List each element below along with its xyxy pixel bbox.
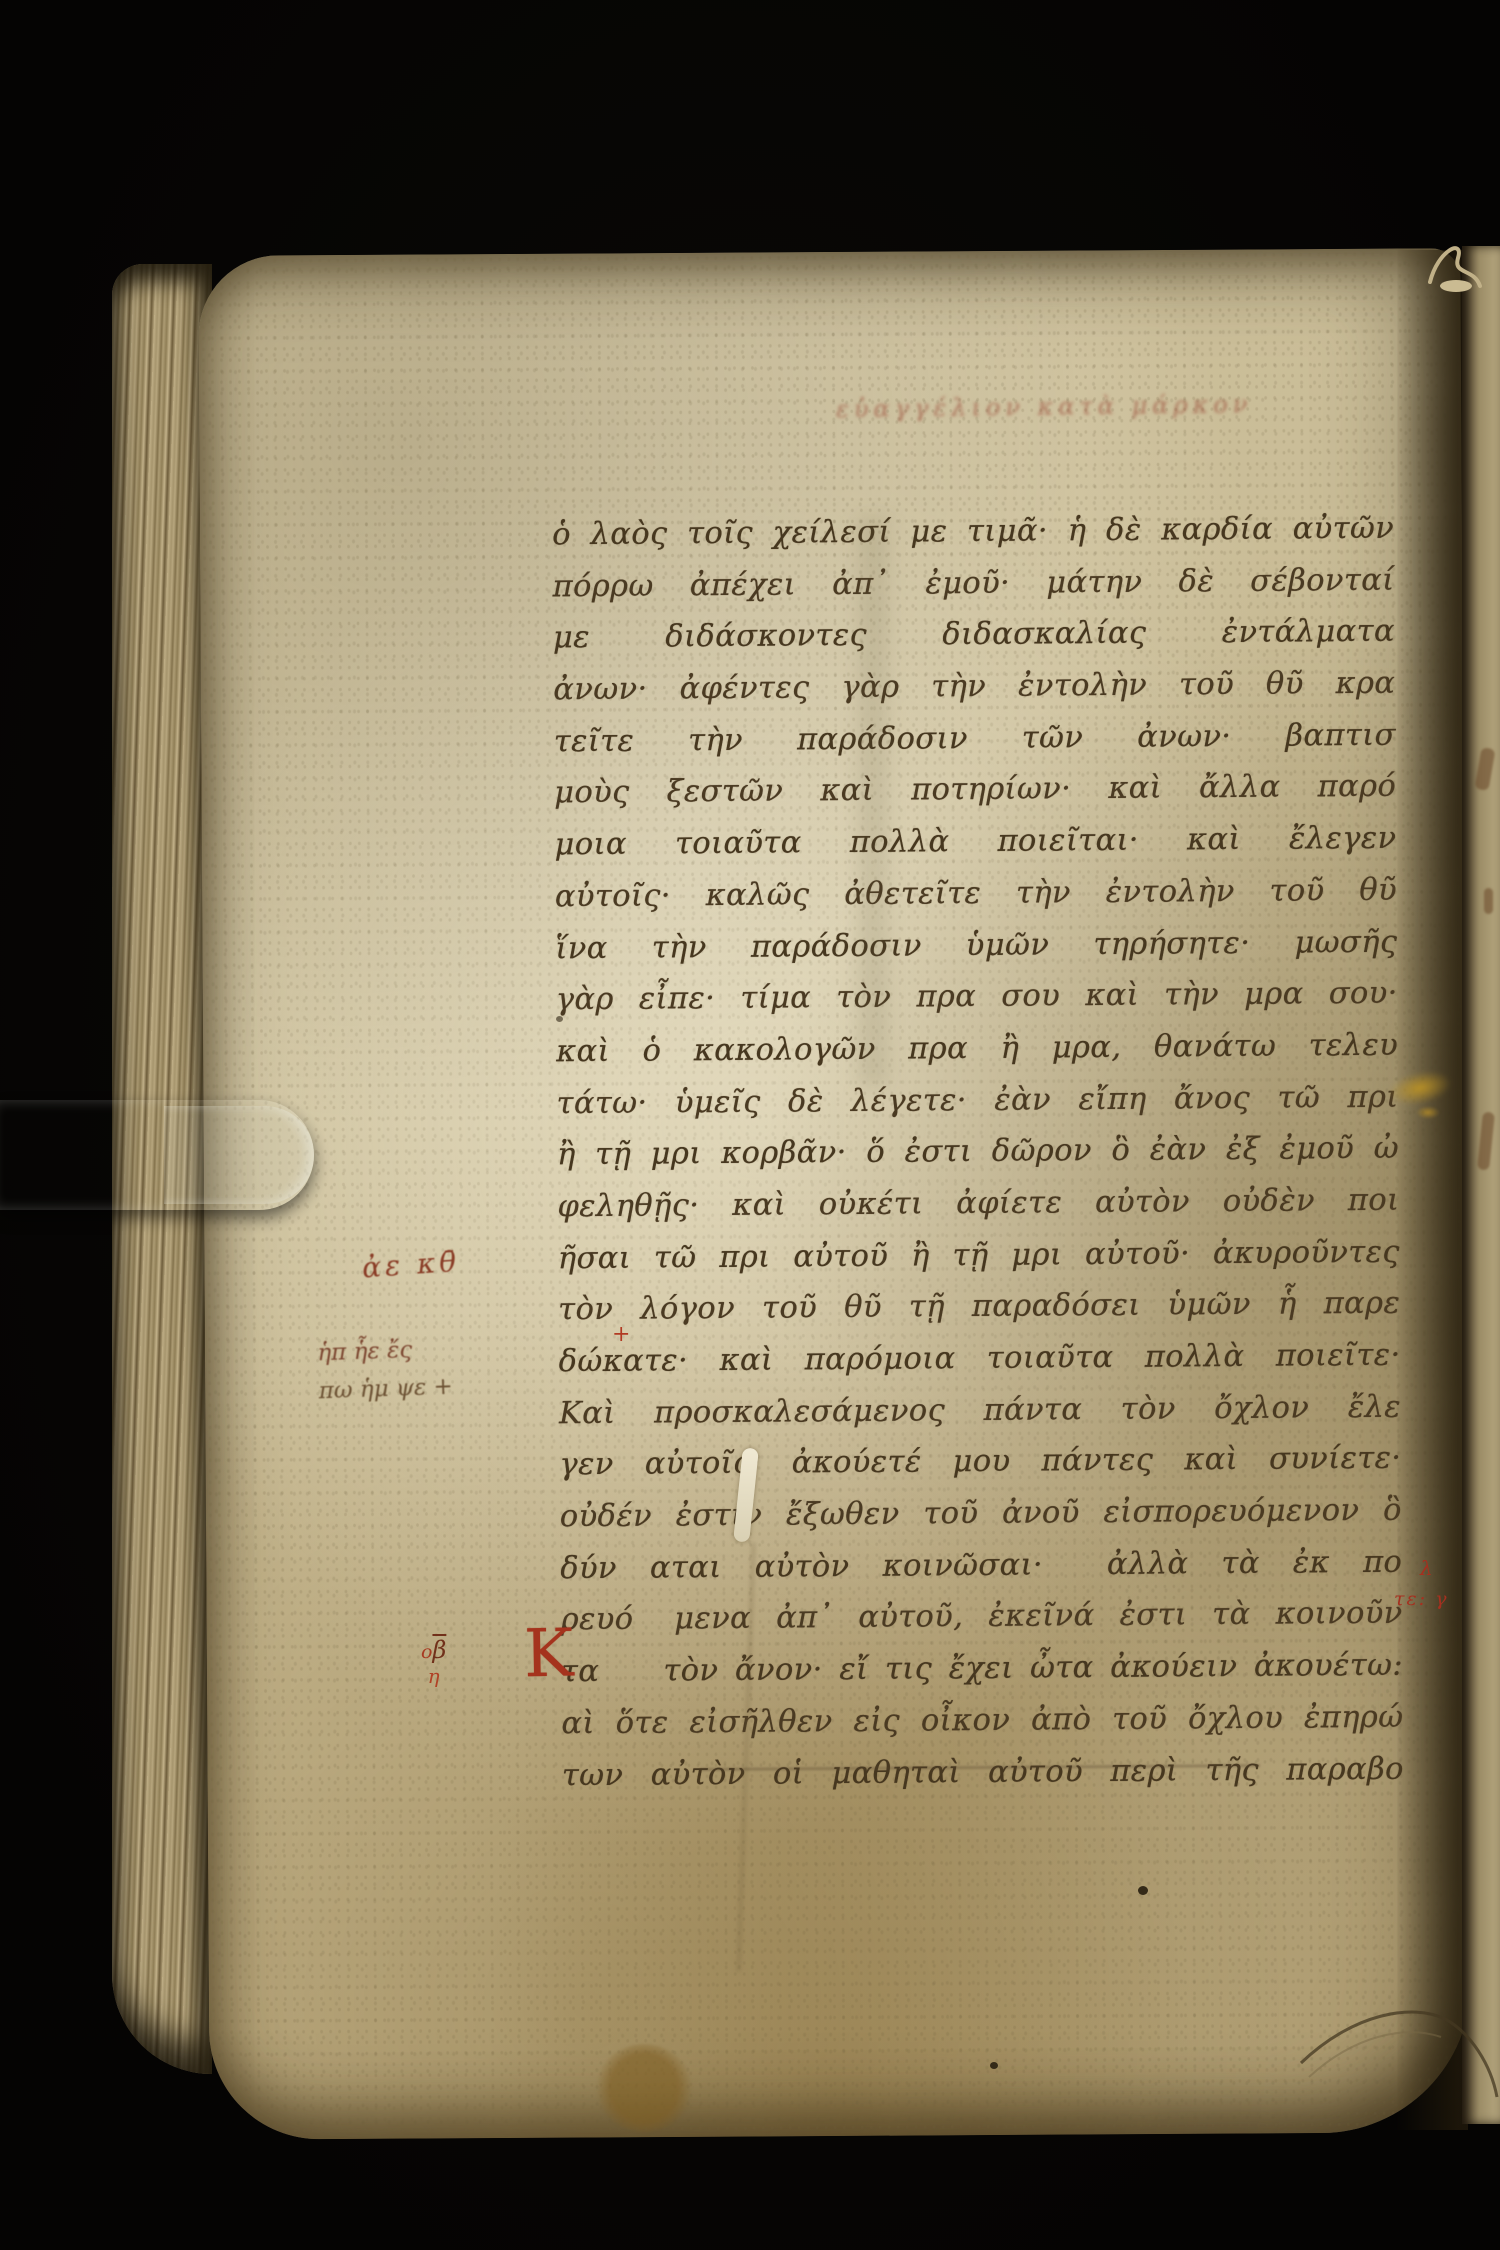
eusebian-canon-number: η xyxy=(421,1664,446,1688)
text-line: ὁ λαὸς τοῖς χείλεσί με τιμᾶ· ἡ δὲ καρδία… xyxy=(552,503,1394,561)
dark-speck xyxy=(990,2062,998,2069)
section-number-top: οβ xyxy=(421,1638,446,1664)
text-line: των αὐτὸν οἱ μαθηταὶ αὐτοῦ περὶ τῆς παρα… xyxy=(562,1743,1404,1801)
text-line: γεν αὐτοῖς· ἀκούετέ μου πάντες καὶ συνίε… xyxy=(559,1433,1401,1491)
margin-note-lower-line2: πω ἡμ ψε + xyxy=(318,1368,453,1411)
margin-note-lower-line1: ἡπ ἧε ἔς xyxy=(317,1330,452,1373)
text-line: τὸν λόγον τοῦ θῦ τῇ παραδόσει ὑμῶν ἧ παρ… xyxy=(558,1278,1400,1336)
text-line: ἢ τῇ μρι κορβᾶν· ὅ ἐστι δῶρον ὃ ἐὰν ἐξ ἐ… xyxy=(557,1123,1399,1181)
lection-end-mark: τε: γ xyxy=(1394,1588,1449,1610)
glass-rod-upper xyxy=(0,1100,314,1210)
text-line: δύν αται αὐτὸν κοινῶσαι· ἀλλὰ τὰ ἐκ πο xyxy=(560,1536,1402,1594)
text-line: φεληθῇς· καὶ οὐκέτι ἀφίετε αὐτὸν οὐδὲν π… xyxy=(557,1175,1399,1233)
margin-note-upper: ἀε κθ̄ xyxy=(361,1245,461,1285)
text-line: τεῖτε τὴν παράδοσιν τῶν ἀνων· βαπτισ xyxy=(554,709,1396,767)
text-line: μοια τοιαῦτα πολλὰ ποιεῖται· καὶ ἔλεγεν xyxy=(554,813,1396,871)
text-line: γὰρ εἶπε· τίμα τὸν πρα σου καὶ τὴν μρα σ… xyxy=(556,968,1398,1026)
margin-note-lower: ἡπ ἧε ἔς πω ἡμ ψε + xyxy=(317,1330,454,1411)
lection-start-cross: + xyxy=(612,1322,630,1347)
text-line: τάτω· ὑμεῖς δὲ λέγετε· ἐὰν εἴπη ἄνος τῶ … xyxy=(556,1071,1398,1129)
bookmark-thread xyxy=(1418,230,1490,294)
text-line: ρευό μενα ἀπ᾽ αὐτοῦ, ἐκεῖνά ἐστι τὰ κοιν… xyxy=(560,1588,1402,1646)
text-line: μοὺς ξεστῶν καὶ ποτηρίων· καὶ ἄλλα παρό xyxy=(554,761,1396,819)
dark-speck xyxy=(1138,1886,1148,1895)
brown-stain xyxy=(596,2044,692,2132)
text-line: ἵνα τὴν παράδοσιν ὑμῶν τηρήσητε· μωσῆς xyxy=(555,916,1397,974)
text-line: αὶ ὅτε εἰσῆλθεν εἰς οἶκον ἀπὸ τοῦ ὄχλου … xyxy=(561,1691,1403,1749)
gutter-shadow xyxy=(1396,250,1468,2130)
text-line: με διδάσκοντες διδασκαλίας ἐντάλματα xyxy=(553,606,1395,664)
text-line: καὶ ὁ κακολογῶν πρα ἢ μρα, θανάτω τελευ xyxy=(556,1020,1398,1078)
text-line: ἀνων· ἀφέντες γὰρ τὴν ἐντολὴν τοῦ θῦ κρα xyxy=(553,658,1395,716)
text-line: τα τὸν ἄνον· εἴ τις ἔχει ὦτα ἀκούειν ἀκο… xyxy=(561,1640,1403,1698)
facing-page-sliver xyxy=(1462,246,1500,2124)
fold-shadow xyxy=(858,516,888,1086)
wax-stain xyxy=(1416,1106,1440,1119)
photo-backdrop: εὐαγγέλιον κατὰ μάρκον ὁ λαὸς τοῖς χείλε… xyxy=(0,0,1500,2250)
text-line: Καὶ προσκαλεσάμενος πάντα τὸν ὄχλον ἔλε xyxy=(559,1381,1401,1439)
lection-end-mark: λ xyxy=(1420,1556,1433,1580)
text-line: πόρρω ἀπέχει ἀπ᾽ ἐμοῦ· μάτην δὲ σέβονταί xyxy=(552,554,1394,612)
initial-letter-kappa: Κ xyxy=(523,1624,573,1685)
sliver-ink-mark xyxy=(1484,888,1493,914)
text-block: ὁ λαὸς τοῖς χείλεσί με τιμᾶ· ἡ δὲ καρδία… xyxy=(552,503,1404,1802)
dark-speck xyxy=(556,1016,563,1022)
text-line: αὐτοῖς· καλῶς ἀθετεῖτε τὴν ἐντολὴν τοῦ θ… xyxy=(555,865,1397,923)
torn-corner-crease xyxy=(1295,1985,1500,2125)
text-line: οὐδέν ἐστιν ἔξωθεν τοῦ ἀνοῦ εἰσπορευόμεν… xyxy=(560,1485,1402,1543)
text-line: δώκατε· καὶ παρόμοια τοιαῦτα πολλὰ ποιεῖ… xyxy=(558,1330,1400,1388)
text-line: ῆσαι τῶ πρι αὐτοῦ ἢ τῇ μρι αὐτοῦ· ἀκυροῦ… xyxy=(558,1226,1400,1284)
ammonian-section-number: οβ η xyxy=(421,1638,446,1688)
